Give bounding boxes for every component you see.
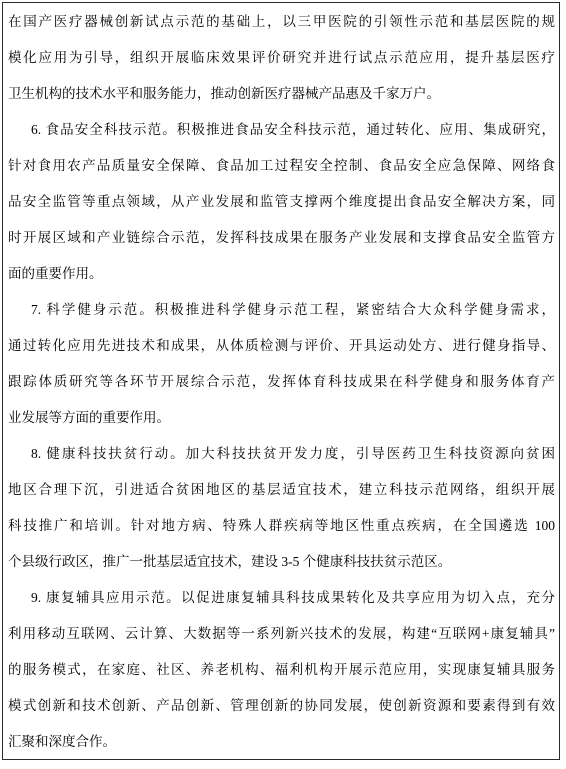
document-body: 在国产医疗器械创新试点示范的基础上，以三甲医院的引领性示范和基层医院的规模化应用… xyxy=(3,3,559,760)
text-line: 科技推广和培训。针对地方病、特殊人群疾病等地区性重点疾病，在全国遴选 100 xyxy=(8,508,555,544)
text-line: 的服务模式，在家庭、社区、养老机构、福利机构开展示范应用，实现康复辅具服务 xyxy=(8,652,555,688)
text-line: 通过转化应用先进技术和成果，从体质检测与评价、开具运动处方、进行健身指导、 xyxy=(8,328,555,364)
text-line: 时开展区域和产业链综合示范，发挥科技成果在服务产业发展和支撑食品安全监管方 xyxy=(8,220,555,256)
text-line: 利用移动互联网、云计算、大数据等一系列新兴技术的发展，构建“互联网+康复辅具” xyxy=(8,616,555,652)
text-line: 在国产医疗器械创新试点示范的基础上，以三甲医院的引领性示范和基层医院的规 xyxy=(8,4,555,40)
text-line: 6. 食品安全科技示范。积极推进食品安全科技示范，通过转化、应用、集成研究， xyxy=(8,112,555,148)
text-line: 面的重要作用。 xyxy=(8,256,555,292)
text-line: 7. 科学健身示范。积极推进科学健身示范工程，紧密结合大众科学健身需求， xyxy=(8,292,555,328)
text-line: 8. 健康科技扶贫行动。加大科技扶贫开发力度，引导医药卫生科技资源向贫困 xyxy=(8,436,555,472)
text-line: 模式创新和技术创新、产品创新、管理创新的协同发展，使创新资源和要素得到有效 xyxy=(8,688,555,724)
text-line: 品安全监管等重点领域，从产业发展和监管支撑两个维度提出食品安全解决方案，同 xyxy=(8,184,555,220)
text-line: 模化应用为引导，组织开展临床效果评价研究并进行试点示范应用，提升基层医疗 xyxy=(8,40,555,76)
text-line: 跟踪体质研究等各环节开展综合示范，发挥体育科技成果在科学健身和服务体育产 xyxy=(8,364,555,400)
text-line: 个县级行政区，推广一批基层适宜技术，建设 3-5 个健康科技扶贫示范区。 xyxy=(8,544,555,580)
text-line: 卫生机构的技术水平和服务能力，推动创新医疗器械产品惠及千家万户。 xyxy=(8,76,555,112)
text-line: 汇聚和深度合作。 xyxy=(8,724,555,760)
text-line: 地区合理下沉，引进适合贫困地区的基层适宜技术，建立科技示范网络，组织开展 xyxy=(8,472,555,508)
text-line: 业发展等方面的重要作用。 xyxy=(8,400,555,436)
text-line: 9. 康复辅具应用示范。以促进康复辅具科技成果转化及共享应用为切入点，充分 xyxy=(8,580,555,616)
text-line: 针对食用农产品质量安全保障、食品加工过程安全控制、食品安全应急保障、网络食 xyxy=(8,148,555,184)
document-page: 在国产医疗器械创新试点示范的基础上，以三甲医院的引领性示范和基层医院的规模化应用… xyxy=(2,2,560,760)
